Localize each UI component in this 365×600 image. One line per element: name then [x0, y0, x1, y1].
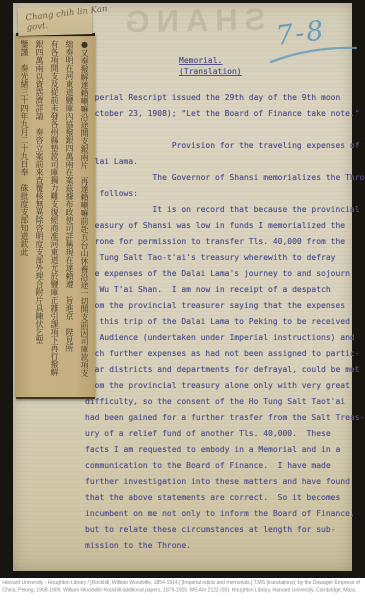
pencil-note-line1: Chang chih lin Kan [25, 4, 108, 23]
clipping-column: 銀四萬兩以資霑濟詳請 奏咨立案前來査覆核無異除咨明度支部外理合附片具陳伏乞聖 [32, 40, 47, 394]
typed-line: in Audience (undertaken under Imperial i… [85, 330, 365, 346]
typed-line: (October 23, 1908); "Let the Board of Fi… [85, 106, 365, 122]
show-through-text: SHANG [97, 1, 288, 56]
typed-line: Imperial Rescript issued the 29th day of… [85, 90, 365, 106]
typed-translation-text: Imperial Rescript issued the 29th day of… [85, 90, 365, 554]
typed-line: facts I am requested to embody in a Memo… [85, 442, 365, 458]
archive-photo: SHANG Memorial. (Translation) Imperial R… [0, 0, 365, 600]
typed-line: the expenses of the Dalai Lama's journey… [85, 266, 365, 282]
caption-line-2: China; Peking, 1908-1909. William Woodvi… [2, 587, 365, 594]
typed-line: ury of a relief fund of another Tls. 40,… [85, 426, 365, 442]
typed-line: Dalai Lama. [85, 154, 365, 170]
typed-line: The Governor of Shansi memorializes the … [85, 170, 365, 186]
blue-underline-stroke [268, 42, 360, 68]
typed-line: had been gained for a further trasfer fr… [85, 410, 365, 426]
typed-line: Throne for permission to transfer Tls. 4… [85, 234, 365, 250]
pasted-clipping: ●又奏撥解達賴喇嘛沿途開支銀兩片 再達賴喇嘛前赴五台山休養沿途一切開支前因司庫款… [16, 33, 95, 399]
typed-line: of this trip of the Dalai Lama to Peking… [85, 314, 365, 330]
clipping-column: 鑒謹 奏光緒三十四年九月二十九日奉 硃批度支部知道欽此 [17, 40, 32, 394]
typed-title: Memorial. [179, 56, 222, 65]
typed-line: from the provincial treasury alone only … [85, 378, 365, 394]
typed-line: further investigation into these matters… [85, 474, 365, 490]
typed-line: communication to the Board of Finance. I… [85, 458, 365, 474]
typed-header: Memorial. (Translation) [179, 55, 242, 77]
pencil-note-line2: govt. [26, 21, 48, 33]
clipping-column: ●又奏撥解達賴喇嘛沿途開支銀兩片 再達賴喇嘛前赴五台山休養沿途一切開支前因司庫款… [77, 40, 92, 394]
typed-line: as follows: [85, 186, 365, 202]
typed-line: incumbent on me not only to inform the B… [85, 506, 365, 522]
typed-line: that the above statements are correct. S… [85, 490, 365, 506]
typed-line: It is on record that because the provinc… [85, 202, 365, 218]
typed-line: treasury of Shansi was low in funds I me… [85, 218, 365, 234]
typed-line: ular districts and departments for defra… [85, 362, 365, 378]
typed-line: such further expenses as had not been as… [85, 346, 365, 362]
caption-line-1: Harvard University - Houghton Library / … [2, 580, 365, 587]
clipping-column: 有各項開支及從前未發各州縣墊款司庫獨力難支復經商准河東道尤於鹽庫正雜引課項下再行… [47, 40, 62, 394]
typed-subtitle: (Translation) [179, 67, 242, 76]
typed-line: mission to the Throne. [85, 538, 365, 554]
clipping-columns: ●又奏撥解達賴喇嘛沿途開支銀兩片 再達賴喇嘛前赴五台山休養沿途一切開支前因司庫款… [18, 40, 92, 394]
typed-line: difficulty, so the consent of the Ho Tun… [85, 394, 365, 410]
typed-line [85, 122, 365, 138]
handwritten-slip: Chang chih lin Kan govt. [18, 6, 93, 36]
typed-line: Ho Tung Salt Tao-t'ai's treasury wherewi… [85, 250, 365, 266]
typed-line: from the provincial treasurer saying tha… [85, 298, 365, 314]
typed-line: but to relate these circumstances at len… [85, 522, 365, 538]
catalog-caption: Harvard University - Houghton Library / … [0, 578, 365, 600]
typed-line: at Wu T'ai Shan. I am now in receipt of … [85, 282, 365, 298]
typed-line: Provision for the traveling expenses of … [85, 138, 365, 154]
clipping-column: 絀奏明在河東道鹽庫內協撥銀四萬兩在案茲據布政使司詳稱現在達賴遵 旨進京 陛見所 [62, 40, 77, 394]
